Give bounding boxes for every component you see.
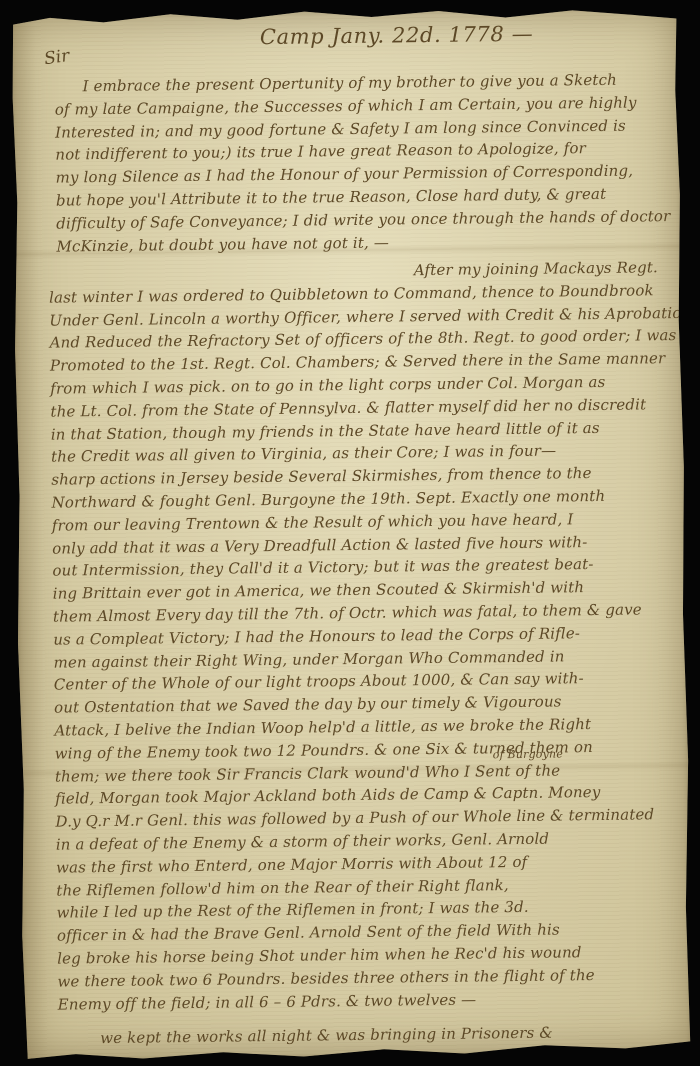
letter-closing-line: we kept the works all night & was bringi… [100, 1024, 553, 1048]
paragraph-2-body: last winter I was ordered to Quibbletown… [49, 279, 683, 1016]
letter-dateline: Camp Jany. 22d. 1778 — [260, 22, 534, 49]
letter-paragraph-1: I embrace the present Opertunity of my b… [54, 68, 676, 258]
paragraph-2-opening-line: After my joining Mackays Regt. [414, 256, 674, 282]
manuscript-page: Camp Jany. 22d. 1778 — Sir I embrace the… [10, 6, 693, 1062]
letter-photo: Camp Jany. 22d. 1778 — Sir I embrace the… [0, 0, 700, 1066]
letter-paragraph-2: After my joining Mackays Regt. last wint… [49, 256, 683, 1016]
letter-salutation: Sir [43, 46, 71, 69]
interline-insertion-note: of Burgoyne [493, 747, 563, 761]
